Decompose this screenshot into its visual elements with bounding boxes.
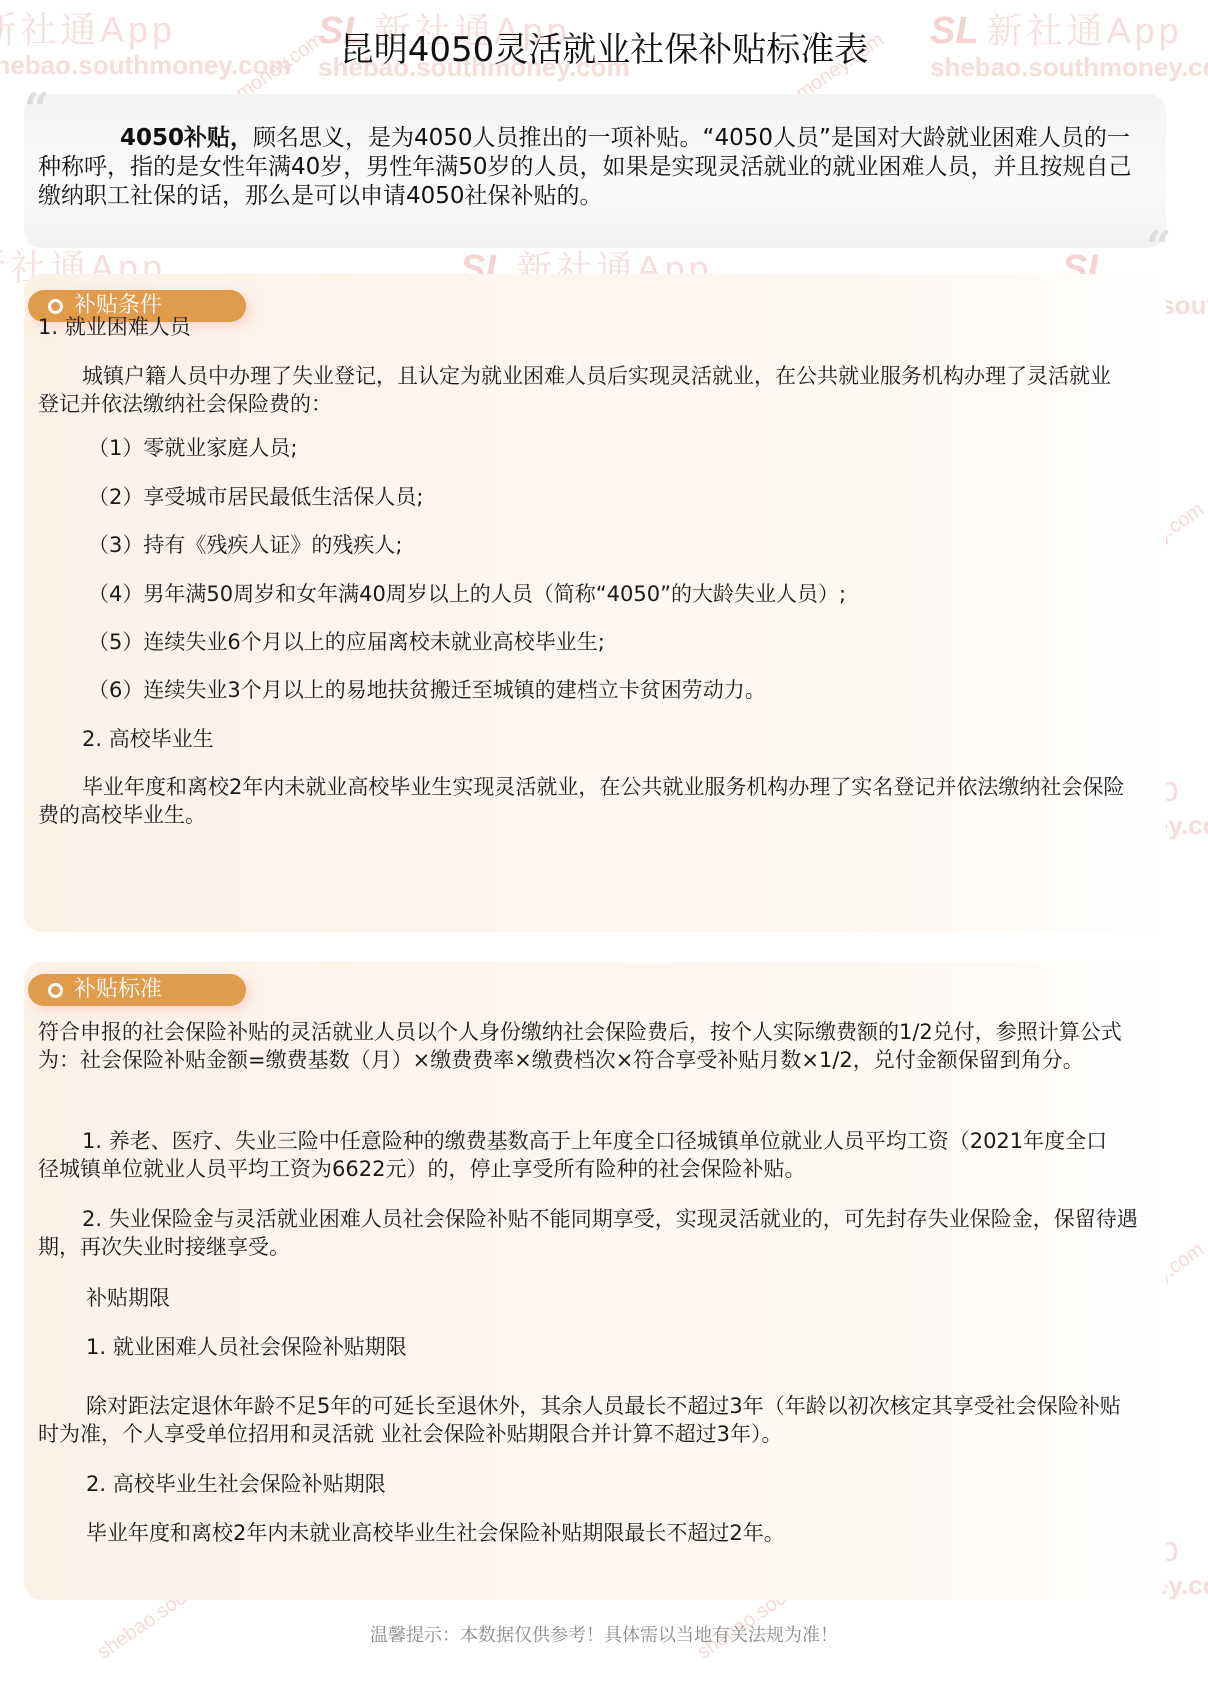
period-1-heading: 1. 就业困难人员社会保险补贴期限 (86, 1333, 407, 1361)
condition-item-4: （4）男年满50周岁和女年满40周岁以上的人员（简称“4050”的大龄失业人员）… (88, 580, 846, 608)
quote-close-icon: “ (1146, 226, 1171, 270)
intro-lead: 4050补贴， (120, 125, 253, 151)
footer-note: 温馨提示：本数据仅供参考！具体需以当地有关法规为准！ (0, 1622, 1208, 1650)
condition-item-1: （1）零就业家庭人员; (88, 434, 297, 462)
period-2-heading: 2. 高校毕业生社会保险补贴期限 (86, 1470, 386, 1498)
period-heading: 补贴期限 (86, 1284, 170, 1312)
condition-item-3: （3）持有《残疾人证》的残疾人; (88, 531, 402, 559)
condition-item-2: （2）享受城市居民最低生活保人员; (88, 483, 423, 511)
conditions-heading-1: 1. 就业困难人员 (38, 313, 191, 341)
period-2-text: 毕业年度和离校2年内未就业高校毕业生社会保险补贴期限最长不超过2年。 (86, 1519, 785, 1547)
standards-rule-2: 2. 失业保险金与灵活就业困难人员社会保险补贴不能同期享受，实现灵活就业的，可先… (38, 1205, 1138, 1261)
period-1-text: 除对距法定退休年龄不足5年的可延长至退休外，其余人员最长不超过3年（年龄以初次核… (38, 1392, 1138, 1448)
standards-badge: 补贴标准 (28, 974, 246, 1006)
standards-badge-label: 补贴标准 (74, 977, 162, 1002)
condition-item-5: （5）连续失业6个月以上的应届离校未就业高校毕业生; (88, 628, 605, 656)
conditions-paragraph-1: 城镇户籍人员中办理了失业登记，且认定为就业困难人员后实现灵活就业，在公共就业服务… (38, 362, 1123, 418)
circle-icon (48, 299, 63, 314)
conditions-paragraph-2: 毕业年度和离校2年内未就业高校毕业生实现灵活就业，在公共就业服务机构办理了实名登… (38, 773, 1138, 829)
conditions-heading-2: 2. 高校毕业生 (82, 725, 214, 753)
circle-icon (48, 983, 63, 998)
standards-intro-paragraph: 符合申报的社会保险补贴的灵活就业人员以个人身份缴纳社会保险费后，按个人实际缴费额… (38, 1018, 1148, 1074)
intro-paragraph: 4050补贴，顾名思义，是为4050人员推出的一项补贴。“4050人员”是国对大… (38, 124, 1138, 211)
page-title: 昆明4050灵活就业社保补贴标准表 (0, 22, 1208, 71)
condition-item-6: （6）连续失业3个月以上的易地扶贫搬迁至城镇的建档立卡贫困劳动力。 (88, 676, 766, 704)
standards-rule-1: 1. 养老、医疗、失业三险中任意险种的缴费基数高于上年度全口径城镇单位就业人员平… (38, 1127, 1128, 1183)
